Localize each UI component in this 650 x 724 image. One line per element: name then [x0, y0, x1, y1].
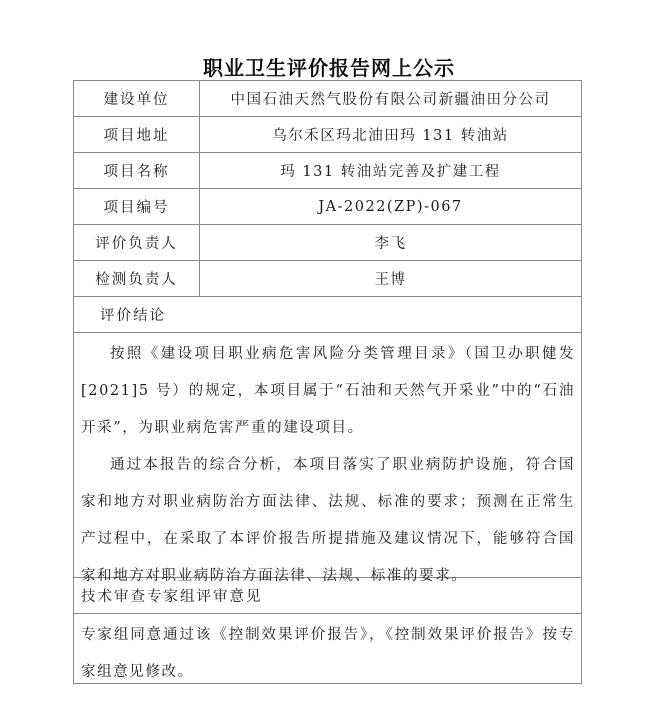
expert-review-text: 专家组同意通过该《控制效果评价报告》，《控制效果评价报告》按专家组意见修改。	[81, 617, 575, 691]
row-value: 王博	[200, 261, 581, 296]
disclosure-table: 建设单位 中国石油天然气股份有限公司新疆油田分公司 项目地址 乌尔禾区玛北油田玛…	[73, 80, 582, 684]
row-value: 中国石油天然气股份有限公司新疆油田分公司	[200, 81, 581, 116]
table-row-evaluation-lead: 评价负责人 李飞	[74, 225, 581, 261]
row-value: 李飞	[200, 225, 581, 260]
row-label: 项目编号	[74, 189, 200, 224]
expert-review-body: 专家组同意通过该《控制效果评价报告》，《控制效果评价报告》按专家组意见修改。	[74, 614, 581, 683]
table-row-project-number: 项目编号 JA-2022(ZP)-067	[74, 189, 581, 225]
row-value: 乌尔禾区玛北油田玛 131 转油站	[200, 117, 581, 152]
page-title: 职业卫生评价报告网上公示	[0, 52, 650, 81]
table-row-testing-lead: 检测负责人 王博	[74, 261, 581, 297]
table-row-project-name: 项目名称 玛 131 转油站完善及扩建工程	[74, 153, 581, 189]
row-label: 检测负责人	[74, 261, 200, 296]
conclusion-paragraph: 按照《建设项目职业病危害风险分类管理目录》（国卫办职健发[2021]5 号）的规…	[81, 336, 575, 447]
table-row-construction-unit: 建设单位 中国石油天然气股份有限公司新疆油田分公司	[74, 81, 581, 117]
row-label: 建设单位	[74, 81, 200, 116]
conclusion-paragraph: 通过本报告的综合分析，本项目落实了职业病防护设施，符合国家和地方对职业病防治方面…	[81, 447, 575, 595]
row-label: 项目名称	[74, 153, 200, 188]
row-label: 项目地址	[74, 117, 200, 152]
row-value: 玛 131 转油站完善及扩建工程	[200, 153, 581, 188]
row-value: JA-2022(ZP)-067	[200, 189, 581, 224]
conclusion-body: 按照《建设项目职业病危害风险分类管理目录》（国卫办职健发[2021]5 号）的规…	[74, 333, 581, 578]
row-label: 评价负责人	[74, 225, 200, 260]
table-row-project-address: 项目地址 乌尔禾区玛北油田玛 131 转油站	[74, 117, 581, 153]
conclusion-heading: 评价结论	[74, 297, 581, 333]
